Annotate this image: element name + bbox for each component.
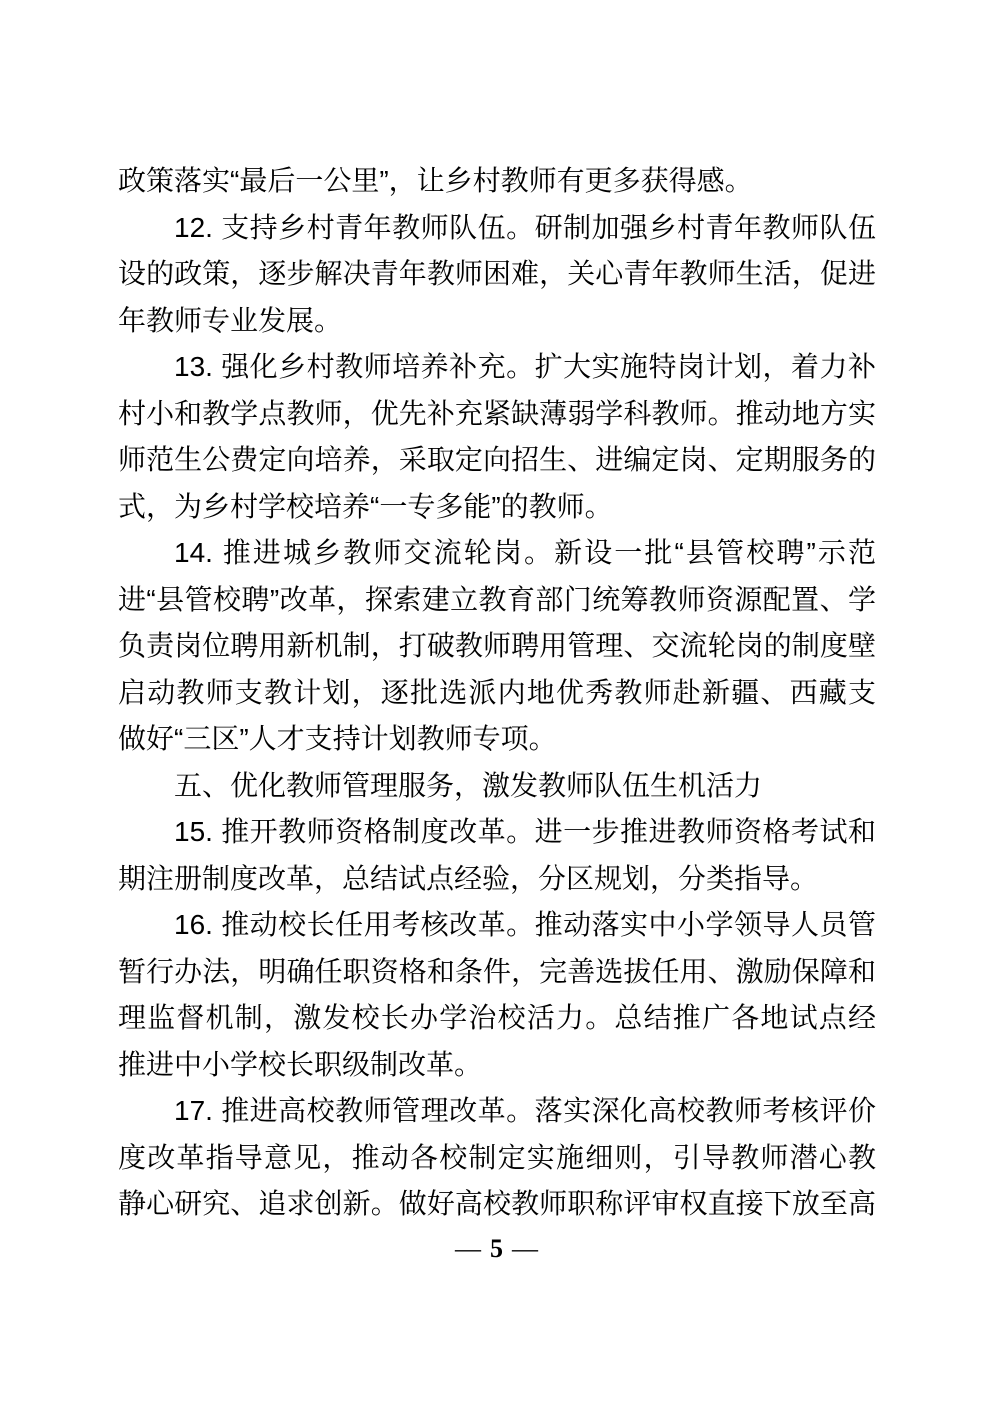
text-line: 负责岗位聘用新机制，打破教师聘用管理、交流轮岗的制度壁垒。 [118,623,876,670]
text-line: 17. 推进高校教师管理改革。落实深化高校教师考核评价制 [118,1088,876,1135]
text-line: 年教师专业发展。 [118,298,876,345]
text-line: 推进中小学校长职级制改革。 [118,1042,876,1089]
text-line: 师范生公费定向培养，采取定向招生、进编定岗、定期服务的方 [118,437,876,484]
text-line: 启动教师支教计划，逐批选派内地优秀教师赴新疆、西藏支教。 [118,670,876,717]
text-line: 14. 推进城乡教师交流轮岗。新设一批“县管校聘”示范区，推 [118,530,876,577]
text-line: 暂行办法，明确任职资格和条件，完善选拔任用、激励保障和管 [118,949,876,996]
footer-dash-right: — [512,1234,538,1264]
text-line: 理监督机制，激发校长办学治校活力。总结推广各地试点经验， [118,995,876,1042]
document-page: 政策落实“最后一公里”，让乡村教师有更多获得感。 12. 支持乡村青年教师队伍。… [0,0,993,1404]
text-line: 政策落实“最后一公里”，让乡村教师有更多获得感。 [118,158,876,205]
text-line: 式，为乡村学校培养“一专多能”的教师。 [118,484,876,531]
text-line: 15. 推开教师资格制度改革。进一步推进教师资格考试和定 [118,809,876,856]
text-line: 静心研究、追求创新。做好高校教师职称评审权直接下放至高校 [118,1181,876,1228]
text-line: 期注册制度改革，总结试点经验，分区规划，分类指导。 [118,856,876,903]
text-line: 进“县管校聘”改革，探索建立教育部门统筹教师资源配置、学校 [118,577,876,624]
text-line: 度改革指导意见，推动各校制定实施细则，引导教师潜心教书、 [118,1135,876,1182]
page-number: 5 [490,1234,503,1264]
text-line: 16. 推动校长任用考核改革。推动落实中小学领导人员管理 [118,902,876,949]
text-line: 13. 强化乡村教师培养补充。扩大实施特岗计划，着力补充 [118,344,876,391]
text-line: 村小和教学点教师，优先补充紧缺薄弱学科教师。推动地方实施 [118,391,876,438]
page-footer: — 5 — [0,1234,993,1264]
text-line: 做好“三区”人才支持计划教师专项。 [118,716,876,763]
footer-dash-left: — [455,1234,481,1264]
section-heading: 五、优化教师管理服务，激发教师队伍生机活力 [118,763,876,810]
text-line: 设的政策，逐步解决青年教师困难，关心青年教师生活，促进青 [118,251,876,298]
document-body: 政策落实“最后一公里”，让乡村教师有更多获得感。 12. 支持乡村青年教师队伍。… [118,158,876,1228]
text-line: 12. 支持乡村青年教师队伍。研制加强乡村青年教师队伍建 [118,205,876,252]
